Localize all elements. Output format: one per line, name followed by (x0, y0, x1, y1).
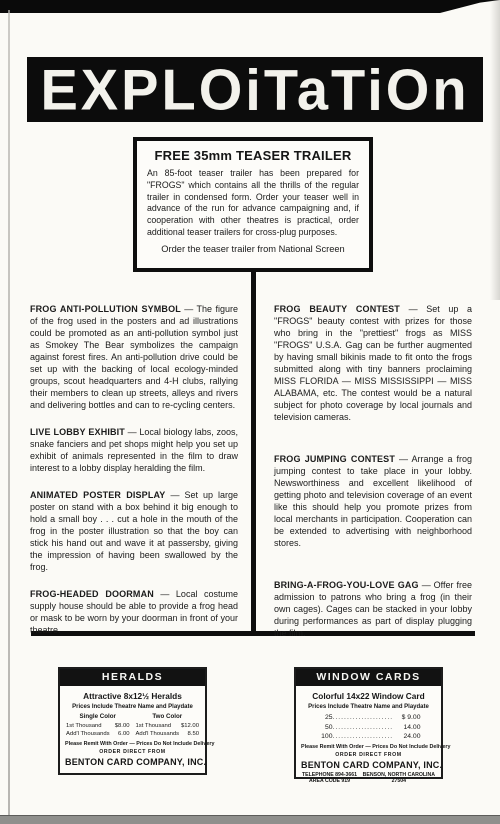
price-value: $8.00 (115, 722, 130, 730)
paragraph-heading: LIVE LOBBY EXHIBIT (30, 427, 125, 437)
area-code-line: AREA CODE 919 (302, 778, 357, 785)
dot-leader: ...................................... (333, 732, 393, 742)
price-value: 6.00 (118, 730, 129, 738)
paragraph-body: — The figure of the frog used in the pos… (30, 304, 238, 410)
teaser-box-footer: Order the teaser trailer from National S… (147, 244, 359, 254)
scan-edge-top (0, 0, 500, 13)
window-cards-box-body: Colorful 14x22 Window Card Prices Includ… (296, 686, 441, 787)
promo-paragraph-animated-poster: ANIMATED POSTER DISPLAY — Set up large p… (30, 489, 238, 573)
window-cards-company-name: BENTON CARD COMPANY, INC. (301, 760, 436, 770)
window-cards-contact-block: TELEPHONE 894-3661 AREA CODE 919 BENSON,… (302, 772, 435, 785)
heralds-two-color-column: Two Color 1st Thousand $12.00 Add'l Thou… (136, 713, 200, 738)
teaser-box-title: FREE 35mm TEASER TRAILER (147, 148, 359, 163)
window-cards-note: Prices Include Theatre Name and Playdate (301, 704, 436, 710)
price-quantity: 100 (317, 732, 333, 742)
pressbook-exploitation-page: EXPLOiTaTiOn FREE 35mm TEASER TRAILER An… (0, 0, 500, 824)
paragraph-heading: FROG JUMPING CONTEST (274, 454, 395, 464)
exploitation-banner: EXPLOiTaTiOn (27, 57, 483, 122)
scan-edge-left (8, 10, 10, 818)
heralds-note: Prices Include Theatre Name and Playdate (65, 704, 200, 710)
window-cards-remit-note: Please Remit With Order — Prices Do Not … (301, 744, 436, 750)
heralds-single-color-column: Single Color 1st Thousand $8.00 Add'l Th… (66, 713, 130, 738)
heralds-remit-note: Please Remit With Order — Prices Do Not … (65, 741, 200, 747)
price-value: $ 9.00 (393, 713, 421, 723)
paragraph-body: — Set up large poster on stand with a bo… (30, 490, 238, 572)
column-divider-rule (251, 270, 256, 633)
right-column: FROG BEAUTY CONTEST — Set up a "FROGS" b… (274, 303, 472, 669)
dot-leader: ...................................... (333, 723, 393, 733)
price-row: Add'l Thousands 8.50 (136, 730, 200, 738)
paragraph-heading: FROG-HEADED DOORMAN (30, 589, 154, 599)
price-value: 14.00 (393, 723, 421, 733)
promo-paragraph-beauty-contest: FROG BEAUTY CONTEST — Set up a "FROGS" b… (274, 303, 472, 423)
column-title: Two Color (136, 713, 200, 720)
paragraph-heading: BRING-A-FROG-YOU-LOVE GAG (274, 580, 419, 590)
banner-title: EXPLOiTaTiOn (40, 61, 469, 118)
price-quantity: 25 (317, 713, 333, 723)
price-row: 25 .....................................… (317, 713, 421, 723)
heralds-company-name: BENTON CARD COMPANY, INC. (65, 757, 200, 767)
window-cards-subtitle: Colorful 14x22 Window Card (301, 691, 436, 701)
price-row: Add'l Thousands 6.00 (66, 730, 130, 738)
paragraph-heading: FROG BEAUTY CONTEST (274, 304, 400, 314)
teaser-trailer-box: FREE 35mm TEASER TRAILER An 85-foot teas… (133, 137, 373, 272)
column-title: Single Color (66, 713, 130, 720)
window-cards-box-header: WINDOW CARDS (296, 669, 441, 686)
teaser-box-body: An 85-foot teaser trailer has been prepa… (147, 168, 359, 239)
window-cards-order-direct: ORDER DIRECT FROM (301, 752, 436, 758)
paragraph-heading: ANIMATED POSTER DISPLAY (30, 490, 165, 500)
left-column: FROG ANTI-POLLUTION SYMBOL — The figure … (30, 303, 238, 651)
contact-address: BENSON, NORTH CAROLINA 27504 (363, 772, 435, 785)
price-label: Add'l Thousands (136, 730, 180, 738)
heralds-box-header: HERALDS (60, 669, 205, 686)
heralds-order-box: HERALDS Attractive 8x12½ Heralds Prices … (58, 667, 207, 775)
promo-paragraph-bring-a-frog: BRING-A-FROG-YOU-LOVE GAG — Offer free a… (274, 579, 472, 639)
price-label: Add'l Thousands (66, 730, 110, 738)
contact-telephone: TELEPHONE 894-3661 AREA CODE 919 (302, 772, 357, 785)
promo-paragraph-jumping-contest: FROG JUMPING CONTEST — Arrange a frog ju… (274, 453, 472, 549)
price-value: $12.00 (181, 722, 199, 730)
scan-edge-right (490, 0, 500, 300)
paragraph-heading: FROG ANTI-POLLUTION SYMBOL (30, 304, 181, 314)
heralds-subtitle: Attractive 8x12½ Heralds (65, 691, 200, 701)
promo-paragraph-live-lobby: LIVE LOBBY EXHIBIT — Local biology labs,… (30, 426, 238, 474)
promo-paragraph-anti-pollution: FROG ANTI-POLLUTION SYMBOL — The figure … (30, 303, 238, 411)
heralds-box-body: Attractive 8x12½ Heralds Prices Include … (60, 686, 205, 769)
price-row: 1st Thousand $8.00 (66, 722, 130, 730)
paragraph-body: — Arrange a frog jumping contest to take… (274, 454, 472, 548)
price-row: 100 ....................................… (317, 732, 421, 742)
heralds-order-direct: ORDER DIRECT FROM (65, 749, 200, 755)
price-label: 1st Thousand (136, 722, 172, 730)
address-zip-line: 27504 (363, 778, 435, 785)
price-quantity: 50 (317, 723, 333, 733)
dot-leader: ...................................... (333, 713, 393, 723)
price-label: 1st Thousand (66, 722, 102, 730)
paragraph-body: — Set up a "FROGS" beauty contest with p… (274, 304, 472, 422)
price-row: 50 .....................................… (317, 723, 421, 733)
price-row: 1st Thousand $12.00 (136, 722, 200, 730)
scan-edge-bottom (0, 815, 500, 824)
promo-paragraph-frog-headed-doorman: FROG-HEADED DOORMAN — Local costume supp… (30, 588, 238, 636)
window-cards-order-box: WINDOW CARDS Colorful 14x22 Window Card … (294, 667, 443, 779)
price-value: 24.00 (393, 732, 421, 742)
price-value: 8.50 (188, 730, 199, 738)
heralds-price-table: Single Color 1st Thousand $8.00 Add'l Th… (66, 713, 199, 738)
